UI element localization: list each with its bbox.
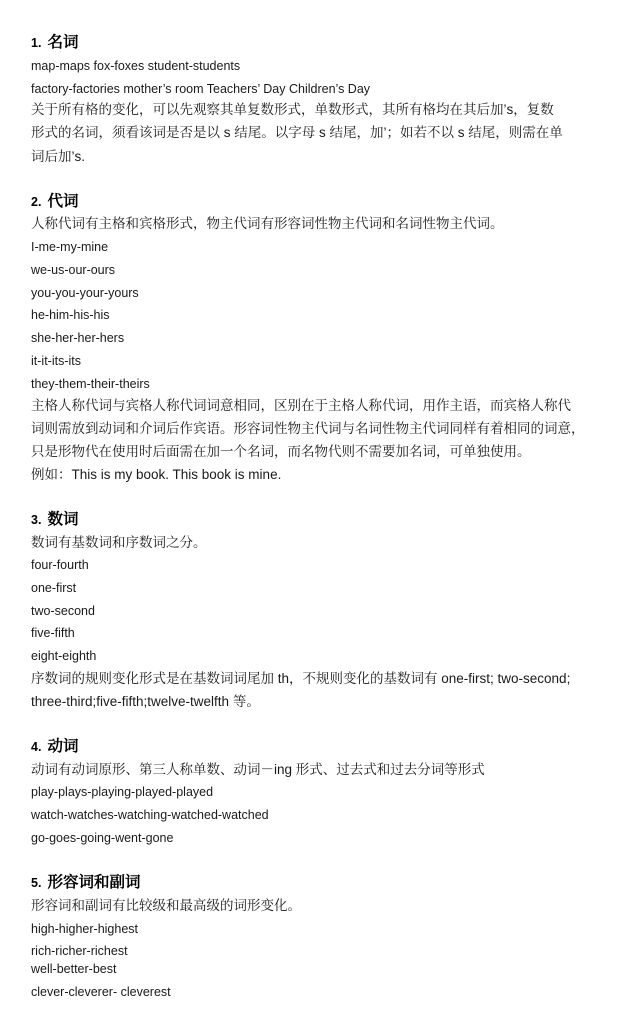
- paragraph-line: 数词有基数词和序数词之分。: [31, 534, 207, 552]
- paragraph-line: three-third;five-fifth;twelve-twelfth 等。: [31, 693, 260, 711]
- example-line: he-him-his-his: [31, 307, 110, 323]
- example-line: we-us-our-ours: [31, 262, 115, 278]
- section-number: 3.: [31, 513, 41, 527]
- example-line: watch-watches-watching-watched-watched: [31, 807, 269, 823]
- example-line: she-her-her-hers: [31, 330, 124, 346]
- example-line: play-plays-playing-played-played: [31, 784, 213, 800]
- example-line: five-fifth: [31, 625, 75, 641]
- section-heading-numerals: 3.数词: [31, 510, 78, 530]
- section-number: 5.: [31, 876, 41, 890]
- section-title: 名词: [47, 34, 78, 51]
- paragraph-line: 只是形物代在使用时后面需在加一个名词，而名物代则不需要加名词，可单独使用。: [31, 443, 531, 461]
- example-line: factory-factories mother’s room Teachers…: [31, 81, 370, 97]
- paragraph-line: 词后加’s.: [31, 148, 85, 166]
- paragraph-line: 主格人称代词与宾格人称代词词意相同，区别在于主格人称代词，用作主语，而宾格人称代: [31, 397, 571, 415]
- section-title: 形容词和副词: [47, 874, 140, 891]
- section-heading-verbs: 4.动词: [31, 737, 78, 757]
- paragraph-line: 关于所有格的变化，可以先观察其单复数形式，单数形式，其所有格均在其后加’s，复数: [31, 101, 554, 119]
- example-line: four-fourth: [31, 557, 89, 573]
- paragraph-line: 人称代词有主格和宾格形式，物主代词有形容词性物主代词和名词性物主代词。: [31, 215, 504, 233]
- section-title: 数词: [47, 511, 78, 528]
- example-line: eight-eighth: [31, 648, 96, 664]
- section-heading-nouns: 1.名词: [31, 33, 78, 53]
- example-line: you-you-your-yours: [31, 285, 139, 301]
- section-number: 1.: [31, 36, 41, 50]
- example-line: high-higher-highest: [31, 921, 138, 937]
- section-number: 2.: [31, 195, 41, 209]
- example-line: they-them-their-theirs: [31, 376, 150, 392]
- example-line: it-it-its-its: [31, 353, 81, 369]
- section-number: 4.: [31, 740, 41, 754]
- section-heading-pronouns: 2.代词: [31, 192, 78, 212]
- section-title: 代词: [47, 193, 78, 210]
- example-line: well-better-best: [31, 961, 116, 977]
- example-line: I-me-my-mine: [31, 239, 108, 255]
- example-sentence: 例如：This is my book. This book is mine.: [31, 466, 281, 484]
- example-line: one-first: [31, 580, 76, 596]
- example-line: go-goes-going-went-gone: [31, 830, 173, 846]
- example-line: two-second: [31, 603, 95, 619]
- example-line: clever-cleverer- cleverest: [31, 984, 171, 1000]
- paragraph-line: 形容词和副词有比较级和最高级的词形变化。: [31, 897, 301, 915]
- paragraph-line: 形式的名词，须看该词是否是以 s 结尾。以字母 s 结尾，加’；如若不以 s 结…: [31, 124, 563, 142]
- paragraph-line: 动词有动词原形、第三人称单数、动词－ing 形式、过去式和过去分词等形式: [31, 761, 485, 779]
- paragraph-line: 序数词的规则变化形式是在基数词词尾加 th，不规则变化的基数词有 one-fir…: [31, 670, 570, 688]
- example-line: map-maps fox-foxes student-students: [31, 58, 240, 74]
- section-title: 动词: [47, 738, 78, 755]
- paragraph-line: 词则需放到动词和介词后作宾语。形容词性物主代词与名词性物主代词同样有着相同的词意…: [31, 420, 585, 438]
- section-heading-adjectives-adverbs: 5.形容词和副词: [31, 873, 140, 893]
- example-line: rich-richer-richest: [31, 943, 128, 959]
